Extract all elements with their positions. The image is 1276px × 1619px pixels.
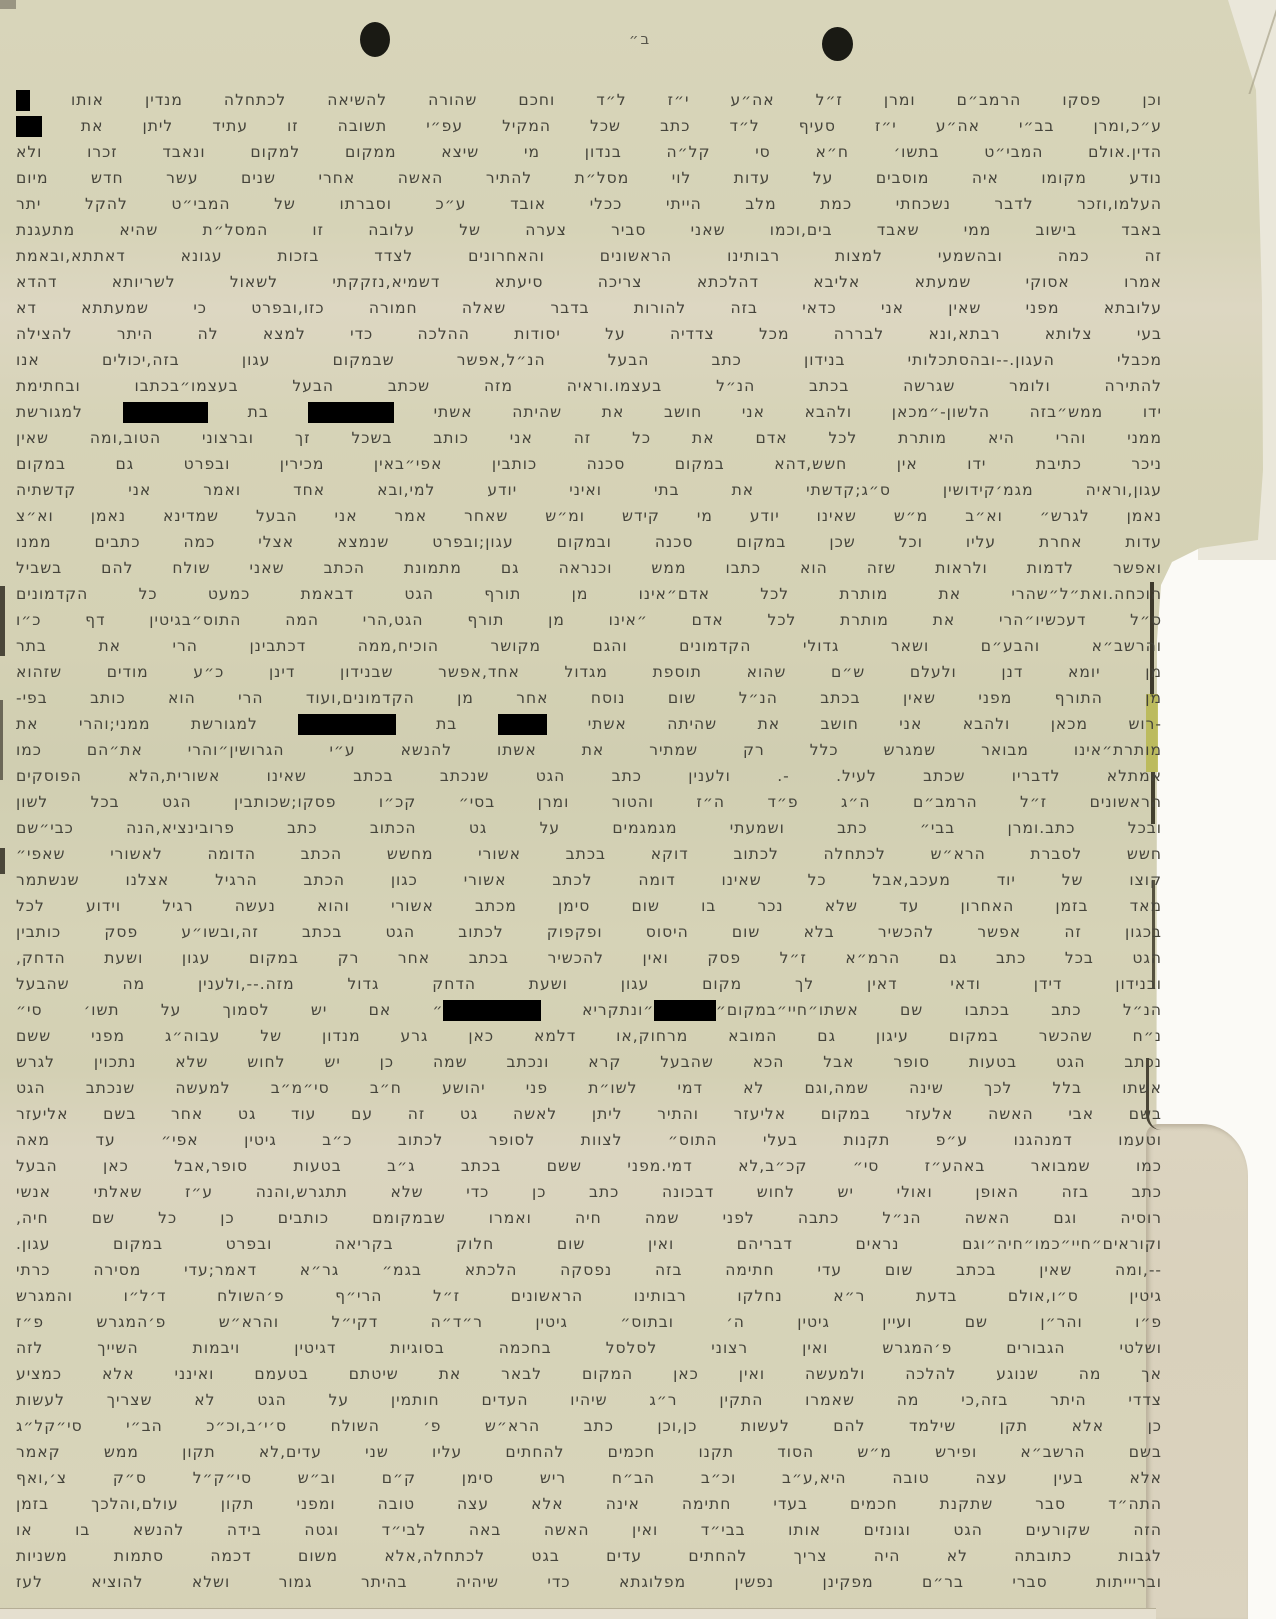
text-line: בעי צלותא רבתא,ונא לבררה מכל צדדיה על יס… xyxy=(16,321,1162,347)
text-line: הוכחה.ואת״ל״שהרי את מותרת לכל אדם״אינו מ… xyxy=(16,581,1162,607)
redaction-box: ████████ xyxy=(298,714,395,735)
text-line: מותרת״אינו מבואר שמגרש כלל רק שמתיר את א… xyxy=(16,737,1162,763)
text-line: ושלטי הגבורים פ׳המגרש ואין רצוני לסלסל ב… xyxy=(16,1335,1162,1361)
text-line: הראשונים ז״ל הרמב״ם ה״ג פ״ד ה״ז והטור ומ… xyxy=(16,789,1162,815)
text-line: אשתו בלל לכך שינה שמה,וגם לא דמי לשו״ת פ… xyxy=(16,1075,1162,1101)
text-line: ניכר כתיבת ידו אין חשש,דהא במקום סכנה כו… xyxy=(16,451,1162,477)
text-line: מכבלי העגון.--ובהסתכלותי בנידון כתב הבעל… xyxy=(16,347,1162,373)
text-line: ממני והרי היא מותרת לכל אדם את כל זה אני… xyxy=(16,425,1162,451)
text-line: העלמו,וזכר לדבר נשכחתי כמת מלב הייתי ככל… xyxy=(16,191,1162,217)
text-line: עדות אחרת עליו וכל שכן במקום סכנה ובמקום… xyxy=(16,529,1162,555)
redaction-box: ██ xyxy=(16,116,42,137)
page-number: ב״ xyxy=(560,30,720,48)
redaction-box: ████████ xyxy=(443,1000,540,1021)
text-line: ס״ל דעכשיו״הרי את מותרת לכל אדם ״אינו מן… xyxy=(16,607,1162,633)
corner-smudge xyxy=(0,0,16,9)
text-line: מן יומא דנן ולעלם ש״ם שהוא תוספת מגדול א… xyxy=(16,659,1162,685)
text-line: ובנידון דידן ודאי דאין לך מקום עגון ושעת… xyxy=(16,971,1162,997)
text-line: עלובתא מפני שאין אני כדאי בזה להורות בדב… xyxy=(16,295,1162,321)
text-line: כן אלא תקן שילמד להם לעשות כן,וכן כתב הר… xyxy=(16,1413,1162,1439)
text-line: נודע מקומו איה מוסבים על עדות לוי מסל״ת … xyxy=(16,165,1162,191)
text-line: אך מה שנוגע להלכה ולמעשה ואין כאן המקום … xyxy=(16,1361,1162,1387)
text-line: מן התורף מפני שאין בכתב הנ״ל שום נוסח אח… xyxy=(16,685,1162,711)
left-edge-mark xyxy=(0,586,5,656)
text-line: בשם הרשב״א ופירש מ״ש הסוד תקנו חכמים להח… xyxy=(16,1439,1162,1465)
text-line: -רוש מכאן ולהבא אני חושב את שהיתה אשתי █… xyxy=(16,711,1162,737)
text-line: וטעמו דמנהגנו ע״פ תקנות בעלי התוס״ לצוות… xyxy=(16,1127,1162,1153)
text-line: זה כמה ובהשמעי למצות רבותינו הראשונים וה… xyxy=(16,243,1162,269)
text-line: וכן פסקו הרמב״ם ומרן ז״ל אה״ע י״ז ל״ד וח… xyxy=(16,87,1162,113)
text-line: קוצו של יוד מעכב,אבל כל שאינו דומה לכתב … xyxy=(16,867,1162,893)
redaction-box: ███████ xyxy=(123,402,208,423)
text-line: אלא בעין עצה טובה היא,ע״ב וכ״ב הב״ח ריש … xyxy=(16,1465,1162,1491)
text-line: כמו שמבואר באהע״ז סי״ קכ״ב,לא דמי.מפני ש… xyxy=(16,1153,1162,1179)
scanned-document: ב״ וכן פסקו הרמב״ם ומרן ז״ל אה״ע י״ז ל״ד… xyxy=(0,0,1276,1619)
text-line: ובכל כתב.ומרן בבי״ כתב ושמעתי מגמגמים על… xyxy=(16,815,1162,841)
punch-hole-right-icon xyxy=(822,27,853,61)
text-line: ידו ממש״בזה הלשון-״מכאן ולהבא אני חושב א… xyxy=(16,399,1162,425)
text-line: באבד בישוב ממי שאבד בים,וכמו שאני סביר צ… xyxy=(16,217,1162,243)
text-line: וקוראים״חיי״כמו״חיה״וגם נראים דבריהם ואי… xyxy=(16,1231,1162,1257)
text-line: להתירה ולומר שגרשה בכתב הנ״ל בעצמו.וראיה… xyxy=(16,373,1162,399)
text-line: חשש לסברת הרא״ש לכתחלה לכתוב דוקא בכתב א… xyxy=(16,841,1162,867)
text-line: התה״ד סבר שתקנת חכמים בעדי חתימה אינה אל… xyxy=(16,1491,1162,1517)
text-line: ואפשר לדמות ולראות שזה הוא כתבו ממש וכנר… xyxy=(16,555,1162,581)
text-line: נ״ח שהכשר במקום עיגון גם המובא מרחוק,או … xyxy=(16,1023,1162,1049)
redaction-box: █████ xyxy=(654,1000,716,1021)
text-line: מאד בזמן האחרון עד שלא נכר בו שום סימן מ… xyxy=(16,893,1162,919)
redaction-box: ████ xyxy=(498,714,548,735)
text-line: --,ומה שאין בכתב שום עדי חתימה בזה נפסקה… xyxy=(16,1257,1162,1283)
text-line: לגבות כתובתה לא היה צריך להחתים עדים בגט… xyxy=(16,1543,1162,1569)
paper-bottom-edge xyxy=(0,1608,1156,1619)
text-line: גיטין ס״ו,אולם בדעת ר״א נחלקו רבותינו הר… xyxy=(16,1283,1162,1309)
left-edge-mark xyxy=(0,848,5,874)
punch-hole-left-icon xyxy=(360,22,390,57)
text-line: הגט בכל כתב גם הרמ״א ז״ל פסק ואין להכשיר… xyxy=(16,945,1162,971)
text-line: עגון,וראיה מגמ׳קידושין ס״ג;קדשתי את בתי … xyxy=(16,477,1162,503)
text-line: הזה שקורעים הגט וגונזים אותו בבי״ד ואין … xyxy=(16,1517,1162,1543)
text-line: פ״ו והר״ן שם ועיין גיטין ה׳ ובתוס״ גיטין… xyxy=(16,1309,1162,1335)
text-line: הדין.אולם המבי״ט בתשו׳ ח״א סי קל״ה בנדון… xyxy=(16,139,1162,165)
text-line: כתב בזה האופן ואולי יש לחוש דבכונה כתב כ… xyxy=(16,1179,1162,1205)
redaction-box: █ xyxy=(16,90,30,111)
text-line: אמרו אסוקי שמעתא אליבא דהלכתא צריכה סיעת… xyxy=(16,269,1162,295)
text-line: ע״כ,ומרן בב״י אה״ע י״ז סעיף ל״ד כתב שכל … xyxy=(16,113,1162,139)
document-text: וכן פסקו הרמב״ם ומרן ז״ל אה״ע י״ז ל״ד וח… xyxy=(16,87,1162,1595)
redaction-box: ███████ xyxy=(308,402,393,423)
text-line: ובריייתות סברי בר״ם מפקינן נפשין מפלוגתא… xyxy=(16,1569,1162,1595)
text-line: בשם אבי האשה אלעזר במקום אליעזר והתיר לי… xyxy=(16,1101,1162,1127)
text-line: בכגון זה אפשר להכשיר בלא שום היסוס ופקפו… xyxy=(16,919,1162,945)
text-line: והרשב״א והבע״ם ושאר גדולי הקדמונים והגם … xyxy=(16,633,1162,659)
text-line: צדדי היתר בזה,כי מה שאמרו התקין ר״ג שיהי… xyxy=(16,1387,1162,1413)
text-line: רוסיה וגם האשה הנ״ל כתבה לפני שמה חיה וא… xyxy=(16,1205,1162,1231)
left-edge-mark xyxy=(0,700,3,780)
text-line: נאמן לגרש״ וא״ב מ״ש שאינו יודע מי קידש ו… xyxy=(16,503,1162,529)
text-line: הנ״ל כתב בכתבו שם אשתו״חיי״במקום״█████״ו… xyxy=(16,997,1162,1023)
text-line: נכתב הגט בטעות סופר אבל הכא שהבעל קרא ונ… xyxy=(16,1049,1162,1075)
text-line: אמתלא לדבריו שכתב לעיל. -. ולענין כתב הג… xyxy=(16,763,1162,789)
